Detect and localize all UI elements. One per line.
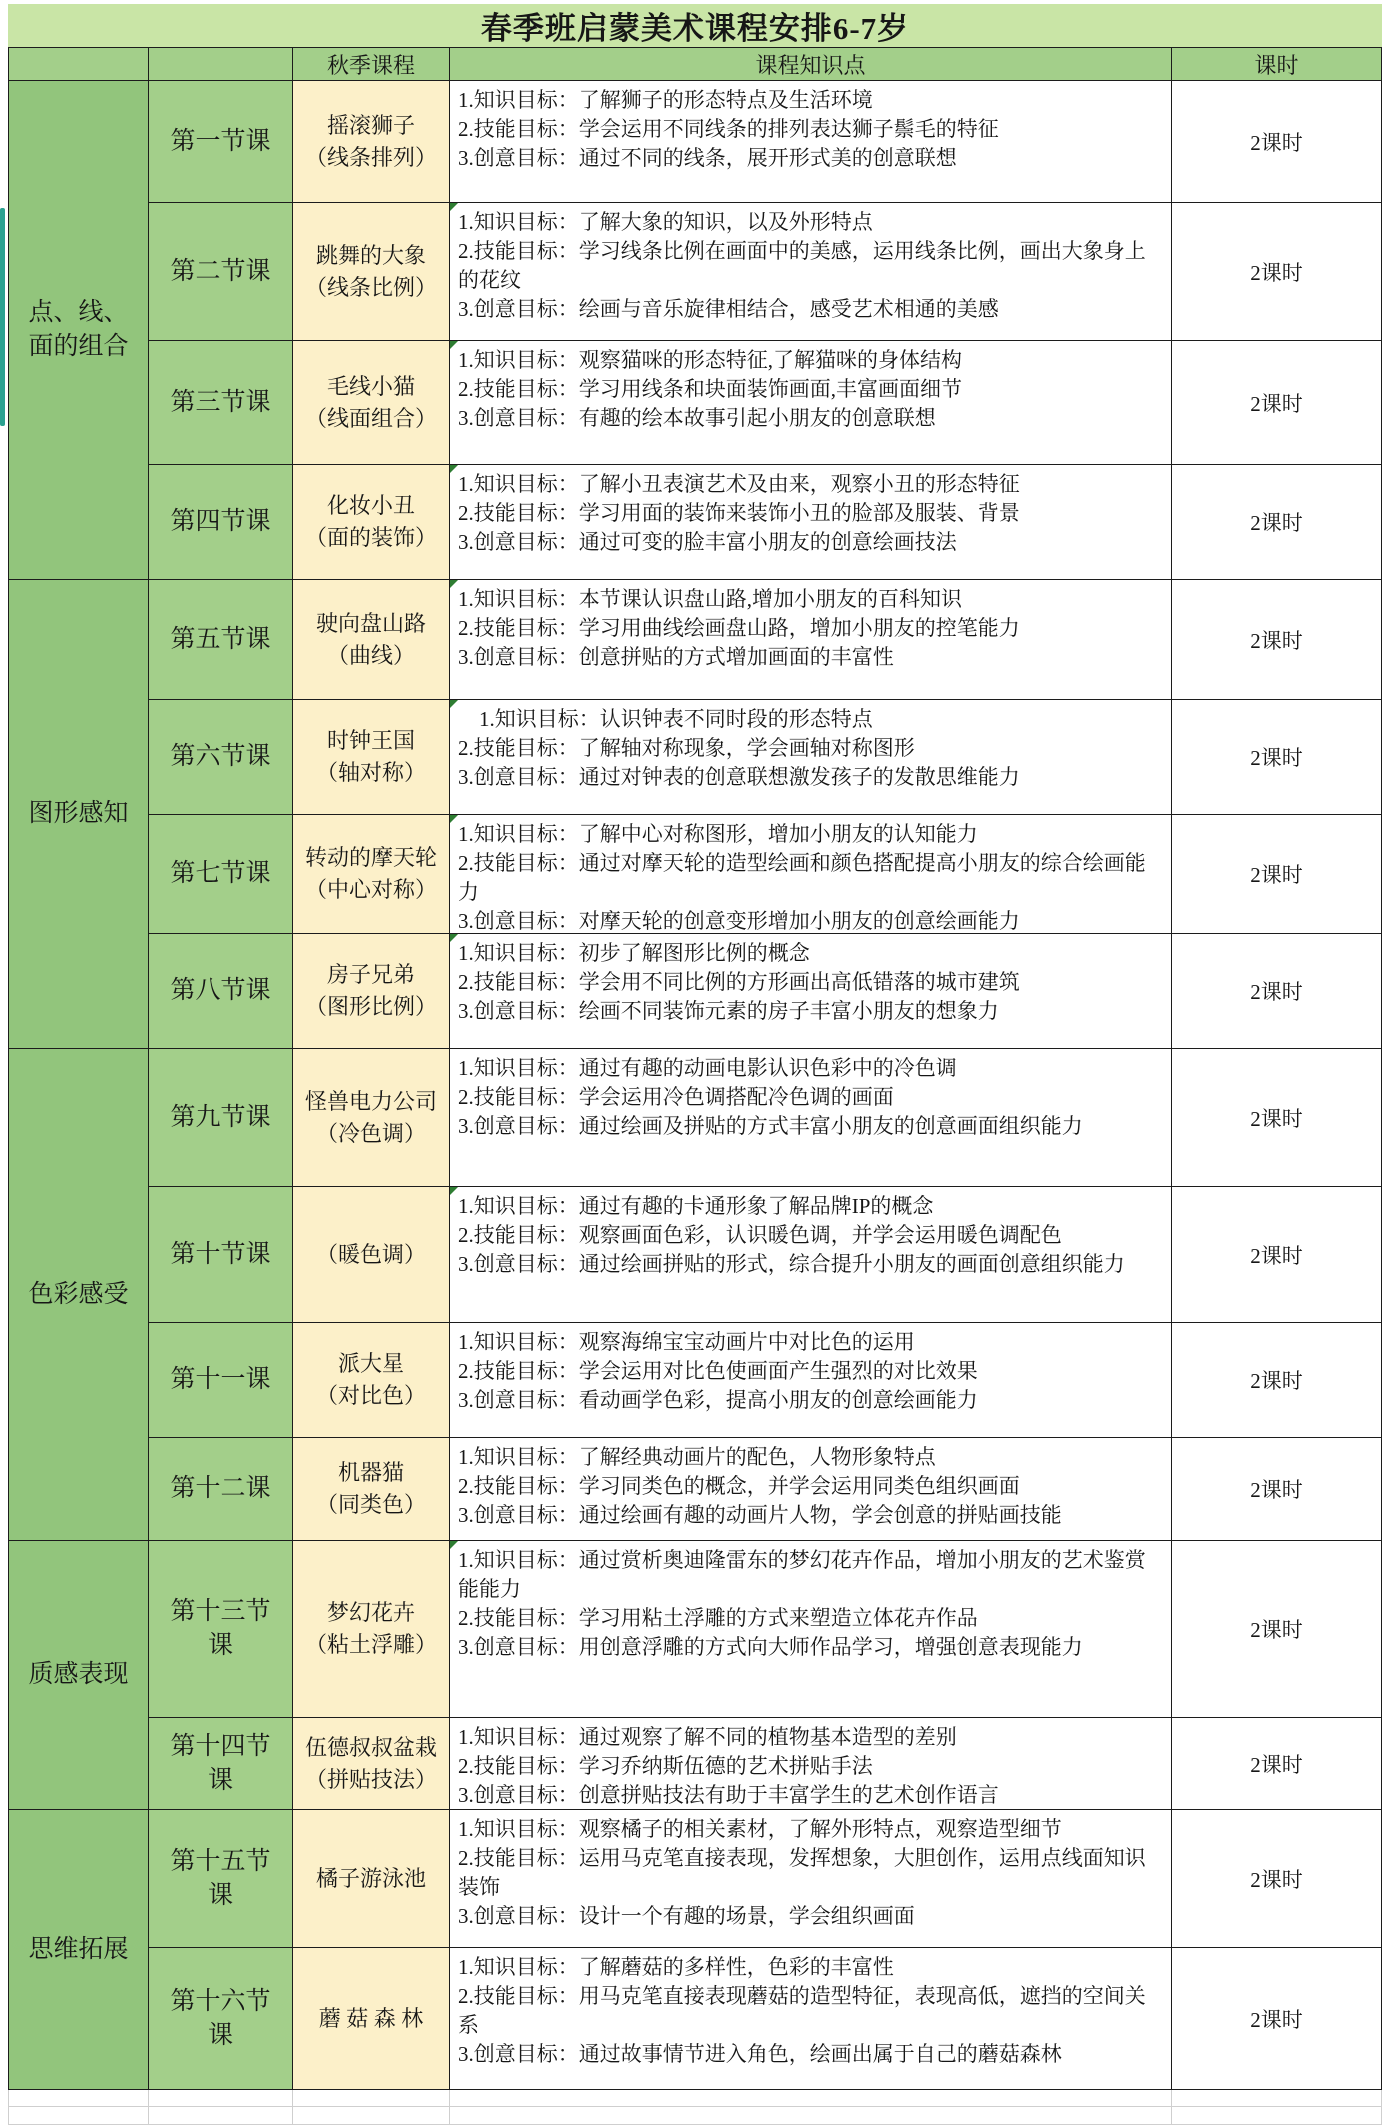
course-cell: 转动的摩天轮 （中心对称） <box>293 815 450 934</box>
point-line: 3.创意目标：绘画不同装饰元素的房子丰富小朋友的想象力 <box>458 997 1165 1026</box>
course-cell: 机器猫 （同类色） <box>293 1438 450 1541</box>
lesson-cell: 第一节课 <box>149 81 293 203</box>
point-line: 1.知识目标：了解小丑表演艺术及由来，观察小丑的形态特征 <box>458 470 1165 499</box>
point-line: 2.技能目标：学习乔纳斯伍德的艺术拼贴手法 <box>458 1752 1165 1781</box>
course-cell: 梦幻花卉 （粘土浮雕） <box>293 1541 450 1718</box>
point-line: 3.创意目标：对摩天轮的创意变形增加小朋友的创意绘画能力 <box>458 907 1165 936</box>
category-cell: 图形感知 <box>8 580 149 1049</box>
header-hours: 课时 <box>1172 48 1382 81</box>
lesson-cell: 第十节课 <box>149 1187 293 1323</box>
hours-cell: 2课时 <box>1172 1541 1382 1718</box>
hours-cell: 2课时 <box>1172 1718 1382 1810</box>
course-cell: 橘子游泳池 <box>293 1810 450 1948</box>
hours-cell: 2课时 <box>1172 1438 1382 1541</box>
point-line: 3.创意目标：用创意浮雕的方式向大师作品学习，增强创意表现能力 <box>458 1633 1165 1662</box>
points-cell: 1.知识目标：了解小丑表演艺术及由来，观察小丑的形态特征2.技能目标：学习用面的… <box>450 465 1172 580</box>
lesson-cell: 第五节课 <box>149 580 293 700</box>
point-line: 2.技能目标：用马克笔直接表现蘑菇的造型特征，表现高低，遮挡的空间关系 <box>458 1982 1165 2040</box>
point-line: 1.知识目标：了解大象的知识，以及外形特点 <box>458 208 1165 237</box>
point-line: 3.创意目标：通过绘画拼贴的形式，综合提升小朋友的画面创意组织能力 <box>458 1250 1165 1279</box>
points-cell: 1.知识目标：了解狮子的形态特点及生活环境2.技能目标：学会运用不同线条的排列表… <box>450 81 1172 203</box>
hours-cell: 2课时 <box>1172 81 1382 203</box>
point-line: 1.知识目标：通过观察了解不同的植物基本造型的差别 <box>458 1723 1165 1752</box>
points-cell: 1.知识目标：观察海绵宝宝动画片中对比色的运用2.技能目标：学会运用对比色使画面… <box>450 1323 1172 1438</box>
point-line: 2.技能目标：了解轴对称现象，学会画轴对称图形 <box>458 734 1165 763</box>
point-line: 1.知识目标：了解蘑菇的多样性，色彩的丰富性 <box>458 1953 1165 1982</box>
course-cell: 蘑 菇 森 林 <box>293 1948 450 2090</box>
course-cell: 伍德叔叔盆栽 （拼贴技法） <box>293 1718 450 1810</box>
course-table: 春季班启蒙美术课程安排6-7岁 秋季课程 课程知识点 课时 点、线、 面的组合第… <box>8 4 1382 2125</box>
point-line: 1.知识目标：观察猫咪的形态特征,了解猫咪的身体结构 <box>458 346 1165 375</box>
point-line: 2.技能目标：学习同类色的概念，并学会运用同类色组织画面 <box>458 1472 1165 1501</box>
lesson-cell: 第十二课 <box>149 1438 293 1541</box>
point-line: 2.技能目标：运用马克笔直接表现，发挥想象，大胆创作，运用点线面知识装饰 <box>458 1844 1165 1902</box>
hours-cell: 2课时 <box>1172 1187 1382 1323</box>
course-cell: （暖色调） <box>293 1187 450 1323</box>
point-line: 3.创意目标：通过绘画有趣的动画片人物，学会创意的拼贴画技能 <box>458 1501 1165 1530</box>
point-line: 3.创意目标：创意拼贴的方式增加画面的丰富性 <box>458 643 1165 672</box>
course-cell: 摇滚狮子 （线条排列） <box>293 81 450 203</box>
point-line: 3.创意目标：看动画学色彩，提高小朋友的创意绘画能力 <box>458 1386 1165 1415</box>
point-line: 3.创意目标：通过绘画及拼贴的方式丰富小朋友的创意画面组织能力 <box>458 1112 1165 1141</box>
hours-cell: 2课时 <box>1172 580 1382 700</box>
empty-row-cell <box>149 2090 293 2107</box>
point-line: 2.技能目标：学习用粘土浮雕的方式来塑造立体花卉作品 <box>458 1604 1165 1633</box>
points-cell: 1.知识目标：了解大象的知识，以及外形特点2.技能目标：学习线条比例在画面中的美… <box>450 203 1172 341</box>
point-line: 1.知识目标：初步了解图形比例的概念 <box>458 939 1165 968</box>
course-cell: 化妆小丑 （面的装饰） <box>293 465 450 580</box>
empty-row-cell <box>149 2107 293 2125</box>
point-line: 2.技能目标：观察画面色彩，认识暖色调，并学会运用暖色调配色 <box>458 1221 1165 1250</box>
points-cell: 1.知识目标：通过有趣的动画电影认识色彩中的冷色调2.技能目标：学会运用冷色调搭… <box>450 1049 1172 1187</box>
lesson-cell: 第七节课 <box>149 815 293 934</box>
left-accent-bar <box>0 208 5 426</box>
lesson-cell: 第三节课 <box>149 341 293 465</box>
point-line: 2.技能目标：学会用不同比例的方形画出高低错落的城市建筑 <box>458 968 1165 997</box>
empty-row-cell <box>450 2107 1172 2125</box>
point-line: 2.技能目标：学习用面的装饰来装饰小丑的脸部及服装、背景 <box>458 499 1165 528</box>
point-line: 2.技能目标：学会运用不同线条的排列表达狮子鬃毛的特征 <box>458 115 1165 144</box>
point-line: 1.知识目标：观察橘子的相关素材，了解外形特点，观察造型细节 <box>458 1815 1165 1844</box>
header-course: 秋季课程 <box>293 48 450 81</box>
course-cell: 房子兄弟 （图形比例） <box>293 934 450 1049</box>
lesson-cell: 第十四节 课 <box>149 1718 293 1810</box>
category-cell: 色彩感受 <box>8 1049 149 1541</box>
hours-cell: 2课时 <box>1172 1323 1382 1438</box>
point-line: 3.创意目标：有趣的绘本故事引起小朋友的创意联想 <box>458 404 1165 433</box>
point-line: 3.创意目标：通过不同的线条，展开形式美的创意联想 <box>458 144 1165 173</box>
lesson-cell: 第六节课 <box>149 700 293 815</box>
point-line: 1.知识目标：通过有趣的卡通形象了解品牌IP的概念 <box>458 1192 1165 1221</box>
header-lesson-blank <box>149 48 293 81</box>
category-cell: 点、线、 面的组合 <box>8 81 149 580</box>
empty-row-cell <box>450 2090 1172 2107</box>
point-line: 2.技能目标：通过对摩天轮的造型绘画和颜色搭配提高小朋友的综合绘画能力 <box>458 849 1165 907</box>
points-cell: 1.知识目标：通过赏析奥迪隆雷东的梦幻花卉作品，增加小朋友的艺术鉴赏能能力2.技… <box>450 1541 1172 1718</box>
hours-cell: 2课时 <box>1172 341 1382 465</box>
table-title: 春季班启蒙美术课程安排6-7岁 <box>8 4 1382 48</box>
point-line: 1.知识目标：认识钟表不同时段的形态特点 <box>458 705 1165 734</box>
points-cell: 1.知识目标：认识钟表不同时段的形态特点2.技能目标：了解轴对称现象，学会画轴对… <box>450 700 1172 815</box>
header-category-blank <box>8 48 149 81</box>
point-line: 3.创意目标：通过可变的脸丰富小朋友的创意绘画技法 <box>458 528 1165 557</box>
category-cell: 思维拓展 <box>8 1810 149 2090</box>
point-line: 2.技能目标：学会运用对比色使画面产生强烈的对比效果 <box>458 1357 1165 1386</box>
point-line: 1.知识目标：本节课认识盘山路,增加小朋友的百科知识 <box>458 585 1165 614</box>
point-line: 3.创意目标：创意拼贴技法有助于丰富学生的艺术创作语言 <box>458 1781 1165 1810</box>
hours-cell: 2课时 <box>1172 1810 1382 1948</box>
points-cell: 1.知识目标：了解蘑菇的多样性，色彩的丰富性2.技能目标：用马克笔直接表现蘑菇的… <box>450 1948 1172 2090</box>
point-line: 3.创意目标：绘画与音乐旋律相结合，感受艺术相通的美感 <box>458 295 1165 324</box>
points-cell: 1.知识目标：通过观察了解不同的植物基本造型的差别2.技能目标：学习乔纳斯伍德的… <box>450 1718 1172 1810</box>
point-line: 1.知识目标：通过赏析奥迪隆雷东的梦幻花卉作品，增加小朋友的艺术鉴赏能能力 <box>458 1546 1165 1604</box>
points-cell: 1.知识目标：本节课认识盘山路,增加小朋友的百科知识2.技能目标：学习用曲线绘画… <box>450 580 1172 700</box>
course-cell: 驶向盘山路 （曲线） <box>293 580 450 700</box>
hours-cell: 2课时 <box>1172 203 1382 341</box>
course-cell: 怪兽电力公司 （冷色调） <box>293 1049 450 1187</box>
empty-row-cell <box>1172 2090 1382 2107</box>
points-cell: 1.知识目标：通过有趣的卡通形象了解品牌IP的概念2.技能目标：观察画面色彩，认… <box>450 1187 1172 1323</box>
points-cell: 1.知识目标：了解经典动画片的配色，人物形象特点2.技能目标：学习同类色的概念，… <box>450 1438 1172 1541</box>
lesson-cell: 第十五节 课 <box>149 1810 293 1948</box>
hours-cell: 2课时 <box>1172 815 1382 934</box>
point-line: 3.创意目标：通过对钟表的创意联想激发孩子的发散思维能力 <box>458 763 1165 792</box>
hours-cell: 2课时 <box>1172 1049 1382 1187</box>
empty-row-cell <box>293 2090 450 2107</box>
points-cell: 1.知识目标：初步了解图形比例的概念2.技能目标：学会用不同比例的方形画出高低错… <box>450 934 1172 1049</box>
empty-row-cell <box>8 2107 149 2125</box>
lesson-cell: 第十三节 课 <box>149 1541 293 1718</box>
hours-cell: 2课时 <box>1172 934 1382 1049</box>
point-line: 2.技能目标：学会运用冷色调搭配冷色调的画面 <box>458 1083 1165 1112</box>
point-line: 2.技能目标：学习用线条和块面装饰画面,丰富画面细节 <box>458 375 1165 404</box>
points-cell: 1.知识目标：了解中心对称图形，增加小朋友的认知能力2.技能目标：通过对摩天轮的… <box>450 815 1172 934</box>
lesson-cell: 第二节课 <box>149 203 293 341</box>
header-points: 课程知识点 <box>450 48 1172 81</box>
point-line: 3.创意目标：通过故事情节进入角色，绘画出属于自己的蘑菇森林 <box>458 2040 1165 2069</box>
course-cell: 毛线小猫 （线面组合） <box>293 341 450 465</box>
point-line: 1.知识目标：了解经典动画片的配色，人物形象特点 <box>458 1443 1165 1472</box>
point-line: 2.技能目标：学习线条比例在画面中的美感，运用线条比例，画出大象身上的花纹 <box>458 237 1165 295</box>
point-line: 1.知识目标：通过有趣的动画电影认识色彩中的冷色调 <box>458 1054 1165 1083</box>
points-cell: 1.知识目标：观察猫咪的形态特征,了解猫咪的身体结构2.技能目标：学习用线条和块… <box>450 341 1172 465</box>
page: 春季班启蒙美术课程安排6-7岁 秋季课程 课程知识点 课时 点、线、 面的组合第… <box>0 0 1389 2125</box>
lesson-cell: 第十一课 <box>149 1323 293 1438</box>
hours-cell: 2课时 <box>1172 1948 1382 2090</box>
lesson-cell: 第九节课 <box>149 1049 293 1187</box>
empty-row-cell <box>293 2107 450 2125</box>
lesson-cell: 第八节课 <box>149 934 293 1049</box>
hours-cell: 2课时 <box>1172 700 1382 815</box>
points-cell: 1.知识目标：观察橘子的相关素材，了解外形特点，观察造型细节2.技能目标：运用马… <box>450 1810 1172 1948</box>
lesson-cell: 第十六节 课 <box>149 1948 293 2090</box>
point-line: 3.创意目标：设计一个有趣的场景，学会组织画面 <box>458 1902 1165 1931</box>
point-line: 1.知识目标：了解狮子的形态特点及生活环境 <box>458 86 1165 115</box>
empty-row-cell <box>8 2090 149 2107</box>
point-line: 1.知识目标：了解中心对称图形，增加小朋友的认知能力 <box>458 820 1165 849</box>
empty-row-cell <box>1172 2107 1382 2125</box>
lesson-cell: 第四节课 <box>149 465 293 580</box>
course-cell: 跳舞的大象 （线条比例） <box>293 203 450 341</box>
point-line: 2.技能目标：学习用曲线绘画盘山路，增加小朋友的控笔能力 <box>458 614 1165 643</box>
course-cell: 时钟王国 （轴对称） <box>293 700 450 815</box>
point-line: 1.知识目标：观察海绵宝宝动画片中对比色的运用 <box>458 1328 1165 1357</box>
category-cell: 质感表现 <box>8 1541 149 1810</box>
course-cell: 派大星 （对比色） <box>293 1323 450 1438</box>
hours-cell: 2课时 <box>1172 465 1382 580</box>
